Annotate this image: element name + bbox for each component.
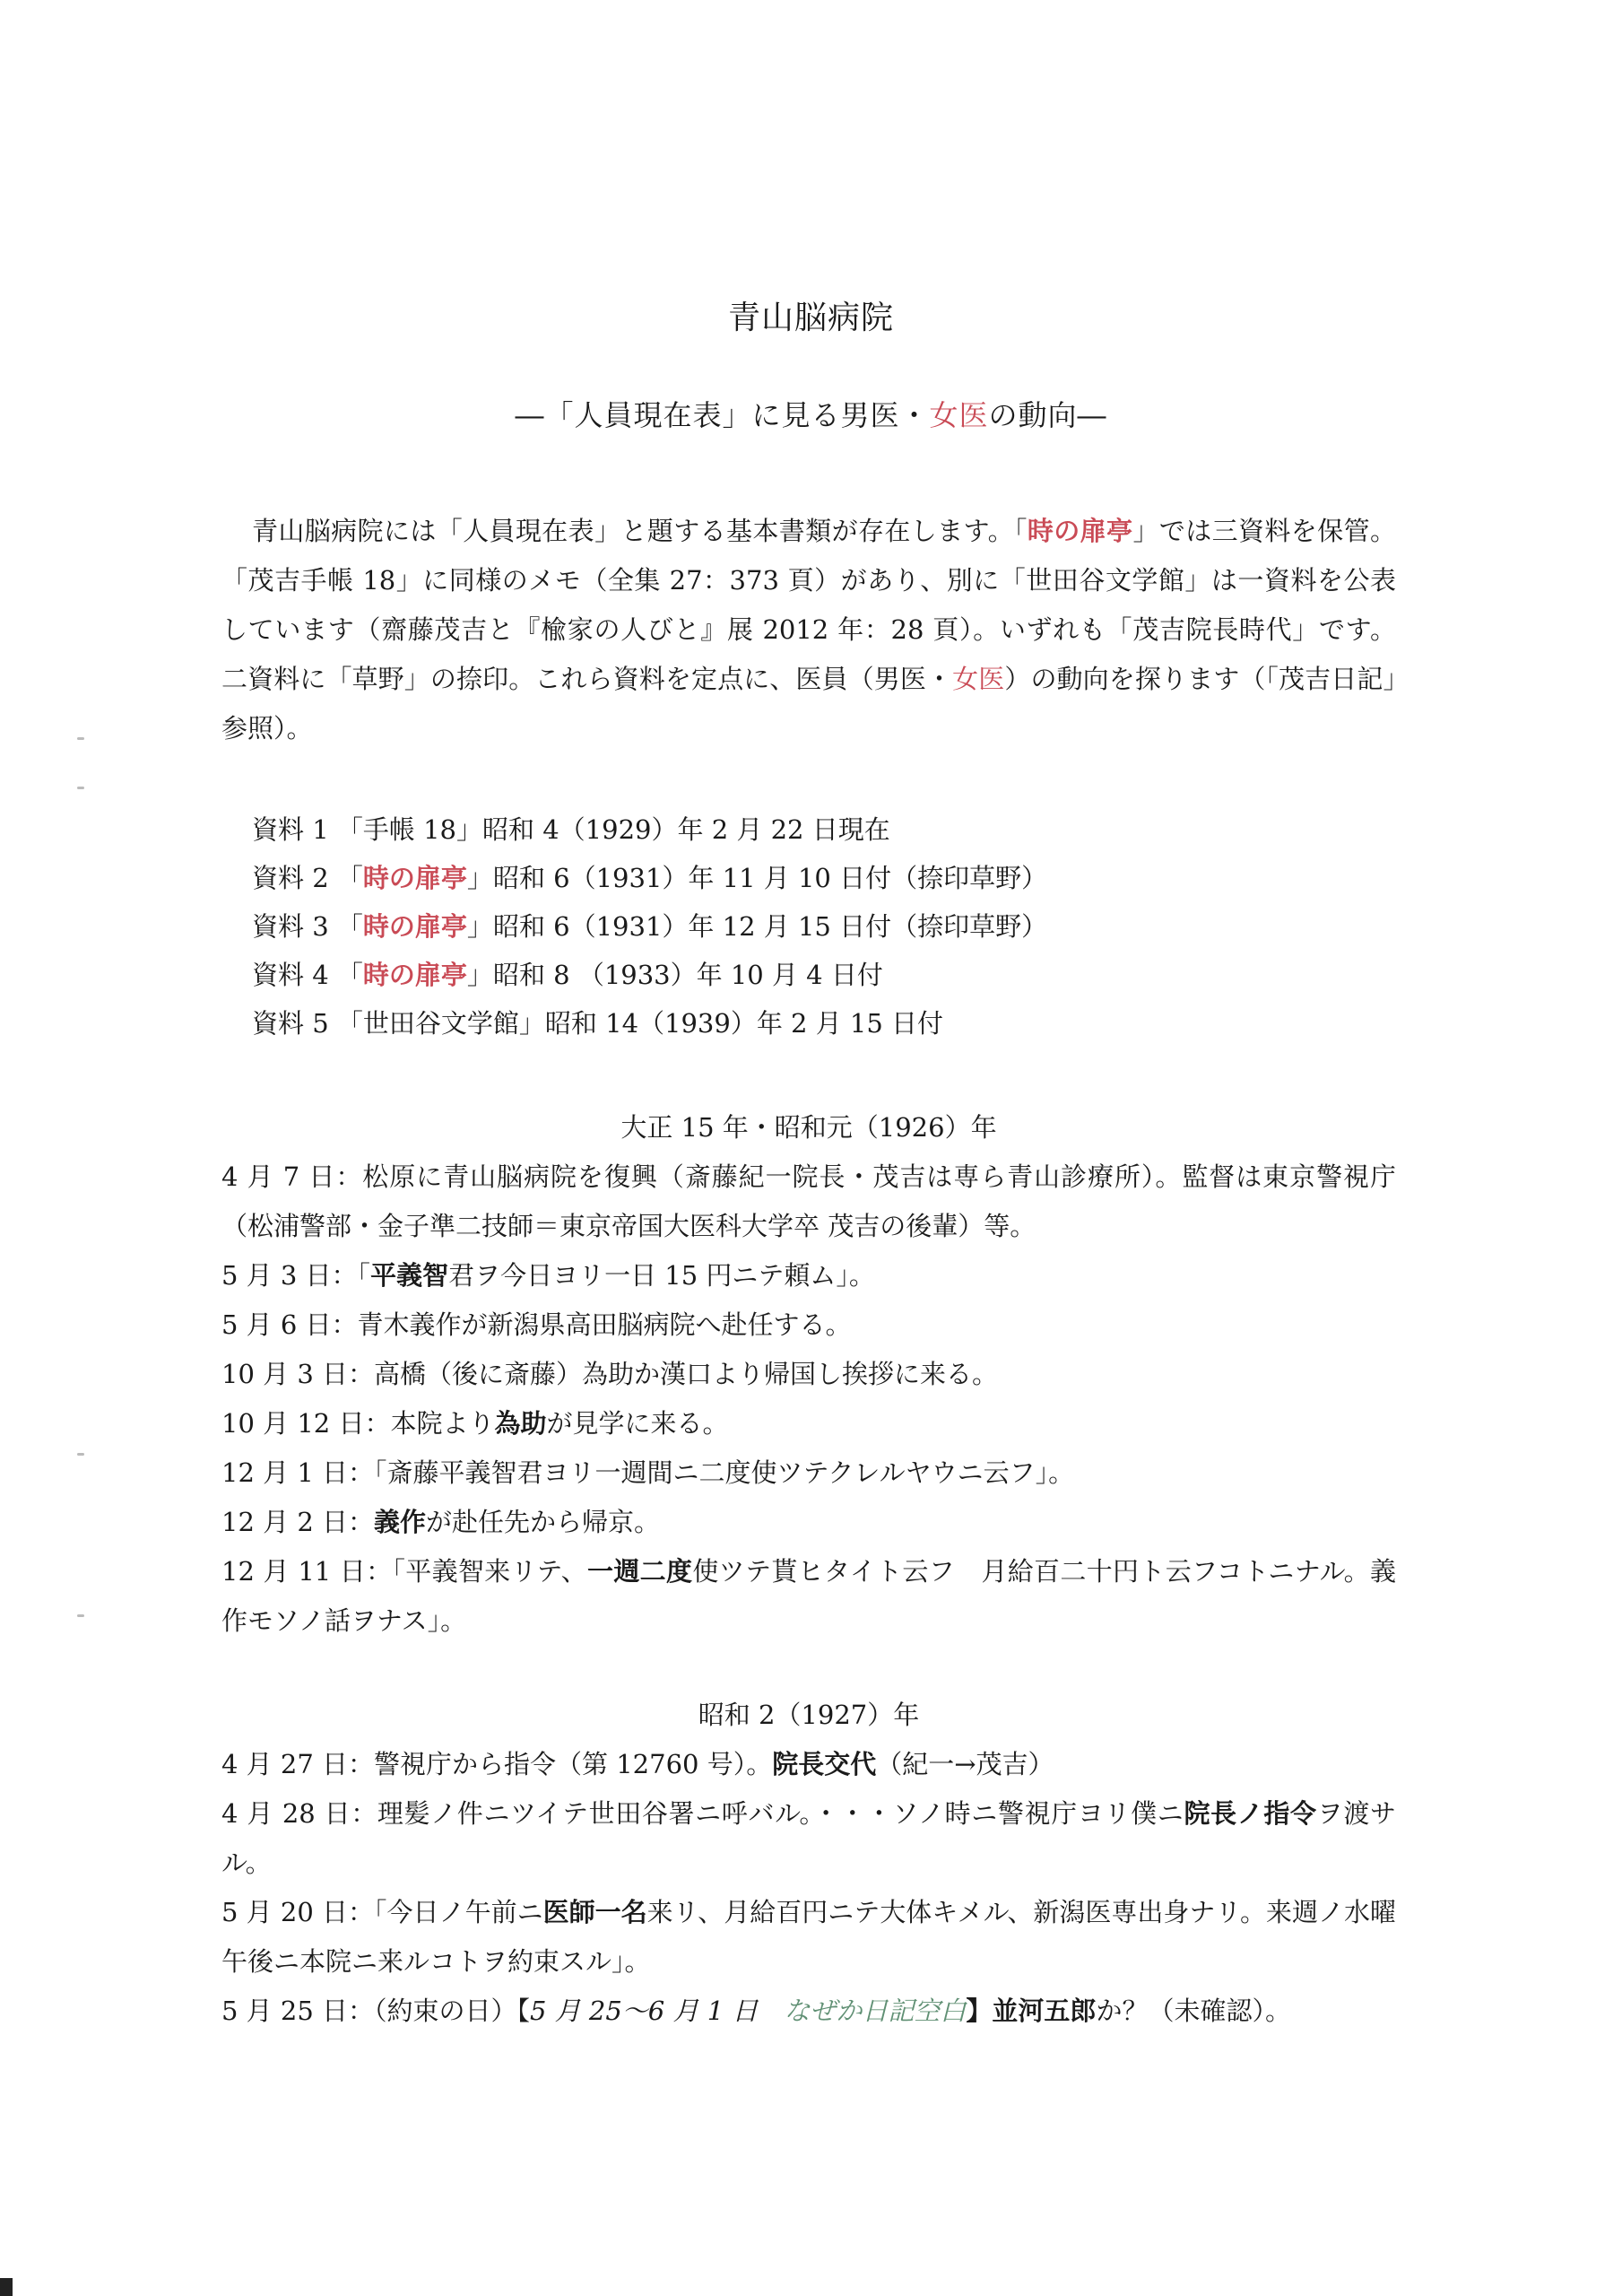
- source-detail: 昭和 6（1931）年 11 月 10 日付（捺印草野）: [493, 863, 1047, 893]
- entry-bracket: 】: [966, 1996, 992, 2026]
- intro-highlight-2: 女医: [952, 664, 1004, 694]
- page-title: 青山脳病院: [0, 292, 1622, 338]
- diary-entry: 5 月 20 日：「今日ノ午前ニ医師一名来リ、月給百円ニテ大体キメル、新潟医専出…: [221, 1888, 1396, 1987]
- entry-text: 5 月 3 日：「: [221, 1260, 370, 1291]
- diary-entry: 5 月 25 日：（約束の日）【5 月 25～6 月 1 日 なぜか日記空白】並…: [221, 1987, 1396, 2036]
- scan-mark: [77, 787, 84, 789]
- entry-bold: 院長ノ指令: [1184, 1798, 1316, 1829]
- diary-entry: 5 月 6 日：青木義作が新潟県高田脳病院へ赴任する。: [221, 1300, 1396, 1350]
- source-label: 資料 3: [252, 911, 329, 942]
- source-name: 「世田谷文学館」: [337, 1008, 545, 1039]
- subtitle-prefix: ―「人員現在表」に見る男医・: [515, 398, 929, 432]
- source-name-highlight: 時の扉亭: [363, 911, 467, 942]
- source-item: 資料 1 「手帳 18」昭和 4（1929）年 2 月 22 日現在: [252, 805, 1328, 854]
- intro-highlight-1: 時の扉亭: [1028, 516, 1133, 546]
- entry-text: 5 月 25 日：（約束の日）【: [221, 1996, 530, 2026]
- entry-text: 4 月 27 日：警視庁から指令（第 12760 号）。: [221, 1749, 772, 1779]
- entry-text: か？（未確認）。: [1096, 1996, 1291, 2026]
- source-list: 資料 1 「手帳 18」昭和 4（1929）年 2 月 22 日現在 資料 2 …: [252, 805, 1328, 1048]
- source-label: 資料 5: [252, 1008, 329, 1039]
- entry-bold: 院長交代: [772, 1749, 876, 1779]
- entry-text: 12 月 2 日：: [221, 1507, 374, 1537]
- diary-entry: 5 月 3 日：「平義智君ヲ今日ヨリ一日 15 円ニテ頼ム」。: [221, 1251, 1396, 1300]
- diary-entry: 12 月 11 日：「平義智来リテ、一週二度使ツテ貰ヒタイト云フ 月給百二十円ト…: [221, 1547, 1396, 1646]
- source-bracket-open: 「: [337, 911, 363, 942]
- section-1926: 大正 15 年・昭和元（1926）年 4 月 7 日：松原に青山脳病院を復興（斎…: [221, 1103, 1396, 1646]
- source-bracket-close: 」: [467, 960, 493, 990]
- subtitle-highlight: 女医: [929, 398, 988, 432]
- source-bracket-close: 」: [467, 911, 493, 942]
- diary-entry: 12 月 2 日：義作が赴任先から帰京。: [221, 1498, 1396, 1547]
- section-heading: 大正 15 年・昭和元（1926）年: [221, 1103, 1396, 1152]
- source-detail: 昭和 4（1929）年 2 月 22 日現在: [482, 814, 890, 845]
- source-label: 資料 4: [252, 960, 329, 990]
- entry-green-note: なぜか日記空白: [784, 1996, 966, 2026]
- entry-bold: 為助: [494, 1408, 546, 1439]
- diary-entry: 12 月 1 日：「斎藤平義智君ヨリ一週間ニ二度使ツテクレルヤウニ云フ」。: [221, 1448, 1396, 1498]
- intro-text-1: 青山脳病院には「人員現在表」と題する基本書類が存在します。「: [252, 516, 1028, 546]
- entry-text: 10 月 12 日：本院より: [221, 1408, 494, 1439]
- source-item: 資料 2 「時の扉亭」昭和 6（1931）年 11 月 10 日付（捺印草野）: [252, 854, 1328, 902]
- source-bracket-open: 「: [337, 863, 363, 893]
- section-1927: 昭和 2（1927）年 4 月 27 日：警視庁から指令（第 12760 号）。…: [221, 1691, 1396, 2036]
- diary-entry: 4 月 28 日：理髪ノ件ニツイテ世田谷署ニ呼バル。・・・ソノ時ニ警視庁ヨリ僕ニ…: [221, 1789, 1396, 1888]
- scan-mark: [77, 737, 84, 740]
- entry-text: が見学に来る。: [546, 1408, 728, 1439]
- source-name-highlight: 時の扉亭: [363, 960, 467, 990]
- diary-entry: 4 月 27 日：警視庁から指令（第 12760 号）。院長交代（紀一→茂吉）: [221, 1740, 1396, 1789]
- entry-bold: 医師一名: [543, 1897, 647, 1927]
- entry-text: 12 月 11 日：「平義智来リテ、: [221, 1556, 587, 1587]
- entry-italic: 5 月 25～6 月 1 日: [530, 1996, 758, 2026]
- source-name: 「手帳 18」: [337, 814, 482, 845]
- diary-entry: 10 月 3 日：高橋（後に斎藤）為助か漢口より帰国し挨拶に来る。: [221, 1350, 1396, 1399]
- intro-paragraph: 青山脳病院には「人員現在表」と題する基本書類が存在します。「時の扉亭」では三資料…: [221, 507, 1396, 753]
- scan-corner-mark: [0, 2278, 13, 2296]
- section-heading: 昭和 2（1927）年: [221, 1691, 1396, 1740]
- entry-text: 君ヲ今日ヨリ一日 15 円ニテ頼ム」。: [448, 1260, 875, 1291]
- subtitle-suffix: の動向―: [989, 398, 1107, 432]
- source-detail: 昭和 6（1931）年 12 月 15 日付（捺印草野）: [493, 911, 1047, 942]
- entry-bold: 一週二度: [587, 1556, 692, 1587]
- scan-mark: [77, 1614, 84, 1617]
- scan-mark: [77, 1453, 84, 1456]
- source-item: 資料 3 「時の扉亭」昭和 6（1931）年 12 月 15 日付（捺印草野）: [252, 902, 1328, 951]
- source-detail: 昭和 14（1939）年 2 月 15 日付: [545, 1008, 943, 1039]
- diary-entry: 10 月 12 日：本院より為助が見学に来る。: [221, 1399, 1396, 1448]
- source-bracket-open: 「: [337, 960, 363, 990]
- entry-bold: 義作: [374, 1507, 426, 1537]
- entry-text: が赴任先から帰京。: [426, 1507, 660, 1537]
- entry-text: （紀一→茂吉）: [876, 1749, 1054, 1779]
- source-item: 資料 4 「時の扉亭」昭和 8 （1933）年 10 月 4 日付: [252, 951, 1328, 999]
- source-label: 資料 1: [252, 814, 329, 845]
- source-item: 資料 5 「世田谷文学館」昭和 14（1939）年 2 月 15 日付: [252, 999, 1328, 1048]
- entry-text: 5 月 20 日：「今日ノ午前ニ: [221, 1897, 543, 1927]
- source-detail: 昭和 8 （1933）年 10 月 4 日付: [493, 960, 883, 990]
- page-subtitle: ―「人員現在表」に見る男医・女医の動向―: [0, 393, 1622, 434]
- document-page: 青山脳病院 ―「人員現在表」に見る男医・女医の動向― 青山脳病院には「人員現在表…: [0, 0, 1622, 2296]
- diary-entry: 4 月 7 日：松原に青山脳病院を復興（斎藤紀一院長・茂吉は専ら青山診療所）。監…: [221, 1152, 1396, 1251]
- source-label: 資料 2: [252, 863, 329, 893]
- entry-text: 4 月 28 日：理髪ノ件ニツイテ世田谷署ニ呼バル。・・・ソノ時ニ警視庁ヨリ僕ニ: [221, 1798, 1184, 1829]
- entry-bold: 平義智: [370, 1260, 448, 1291]
- entry-bold: 並河五郎: [992, 1996, 1096, 2026]
- source-name-highlight: 時の扉亭: [363, 863, 467, 893]
- source-bracket-close: 」: [467, 863, 493, 893]
